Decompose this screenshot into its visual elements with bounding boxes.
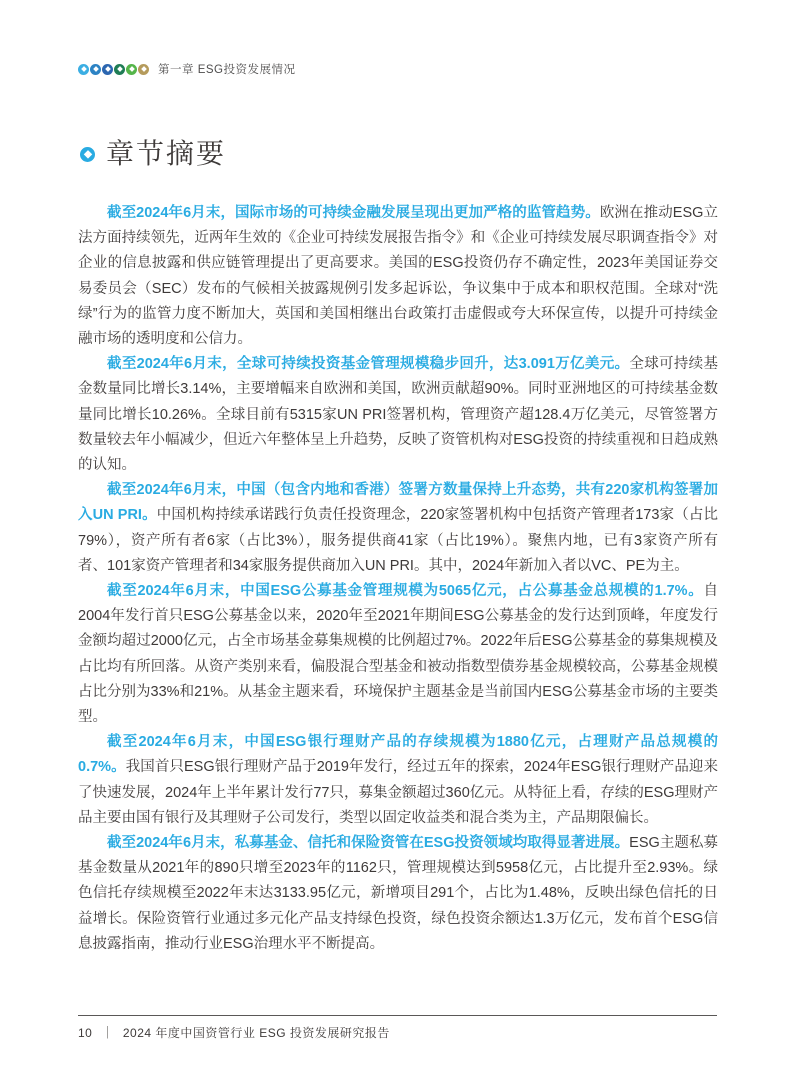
summary-paragraph: 截至2024年6月末，中国ESG银行理财产品的存续规模为1880亿元，占理财产品… — [78, 730, 718, 831]
paragraph-body-text: ESG主题私募基金数量从2021年的890只增至2023年的1162只，管理规模… — [78, 835, 718, 952]
summary-paragraph: 截至2024年6月末，中国ESG公募基金管理规模为5065亿元，占公募基金总规模… — [78, 579, 718, 730]
paragraph-highlight-sentence: 截至2024年6月末，中国ESG公募基金管理规模为5065亿元，占公募基金总规模… — [107, 583, 704, 599]
summary-content: 截至2024年6月末，国际市场的可持续金融发展呈现出更加严格的监管趋势。欧洲在推… — [78, 201, 718, 957]
ring-dot-icon — [78, 64, 89, 75]
ring-dot-icon — [90, 64, 101, 75]
ring-dot-icon — [102, 64, 113, 75]
page-footer: 10 ｜ 2024 年度中国资管行业 ESG 投资发展研究报告 — [78, 1015, 717, 1041]
running-header: 第一章 ESG投资发展情况 — [78, 61, 295, 77]
chapter-label: 第一章 ESG投资发展情况 — [158, 61, 295, 77]
paragraph-body-text: 我国首只ESG银行理财产品于2019年发行，经过五年的探索，2024年ESG银行… — [78, 759, 718, 825]
footer-separator: ｜ — [101, 1024, 114, 1042]
paragraph-highlight-sentence: 截至2024年6月末，全球可持续投资基金管理规模稳步回升，达3.091万亿美元。 — [107, 356, 629, 372]
ring-dot-icon — [114, 64, 125, 75]
paragraph-body-text: 欧洲在推动ESG立法方面持续领先，近两年生效的《企业可持续发展报告指令》和《企业… — [78, 205, 718, 347]
paragraph-highlight-sentence: 截至2024年6月末，私募基金、信托和保险资管在ESG投资领域均取得显著进展。 — [107, 835, 629, 851]
chapter-dots-logo — [78, 64, 149, 75]
paragraph-body-text: 自2004年发行首只ESG公募基金以来，2020年至2021年期间ESG公募基金… — [78, 583, 718, 725]
diamond-bullet-icon — [80, 147, 95, 162]
section-title-row: 章节摘要 — [80, 140, 226, 168]
paragraph-body-text: 全球可持续基金数量同比增长3.14%，主要增幅来自欧洲和美国，欧洲贡献超90%。… — [78, 356, 718, 473]
summary-paragraph: 截至2024年6月末，国际市场的可持续金融发展呈现出更加严格的监管趋势。欧洲在推… — [78, 201, 718, 352]
summary-paragraph: 截至2024年6月末，全球可持续投资基金管理规模稳步回升，达3.091万亿美元。… — [78, 352, 718, 478]
summary-paragraph: 截至2024年6月末，中国（包含内地和香港）签署方数量保持上升态势，共有220家… — [78, 478, 718, 579]
ring-dot-icon — [126, 64, 137, 75]
paragraph-highlight-sentence: 截至2024年6月末，国际市场的可持续金融发展呈现出更加严格的监管趋势。 — [107, 205, 600, 221]
page-number: 10 — [78, 1026, 92, 1040]
report-title: 2024 年度中国资管行业 ESG 投资发展研究报告 — [123, 1024, 390, 1041]
ring-dot-icon — [138, 64, 149, 75]
section-title: 章节摘要 — [106, 140, 226, 168]
document-page: 第一章 ESG投资发展情况 章节摘要 截至2024年6月末，国际市场的可持续金融… — [0, 0, 794, 1077]
paragraph-body-text: 中国机构持续承诺践行负责任投资理念，220家签署机构中包括资产管理者173家（占… — [78, 507, 718, 573]
summary-paragraph: 截至2024年6月末，私募基金、信托和保险资管在ESG投资领域均取得显著进展。E… — [78, 831, 718, 957]
